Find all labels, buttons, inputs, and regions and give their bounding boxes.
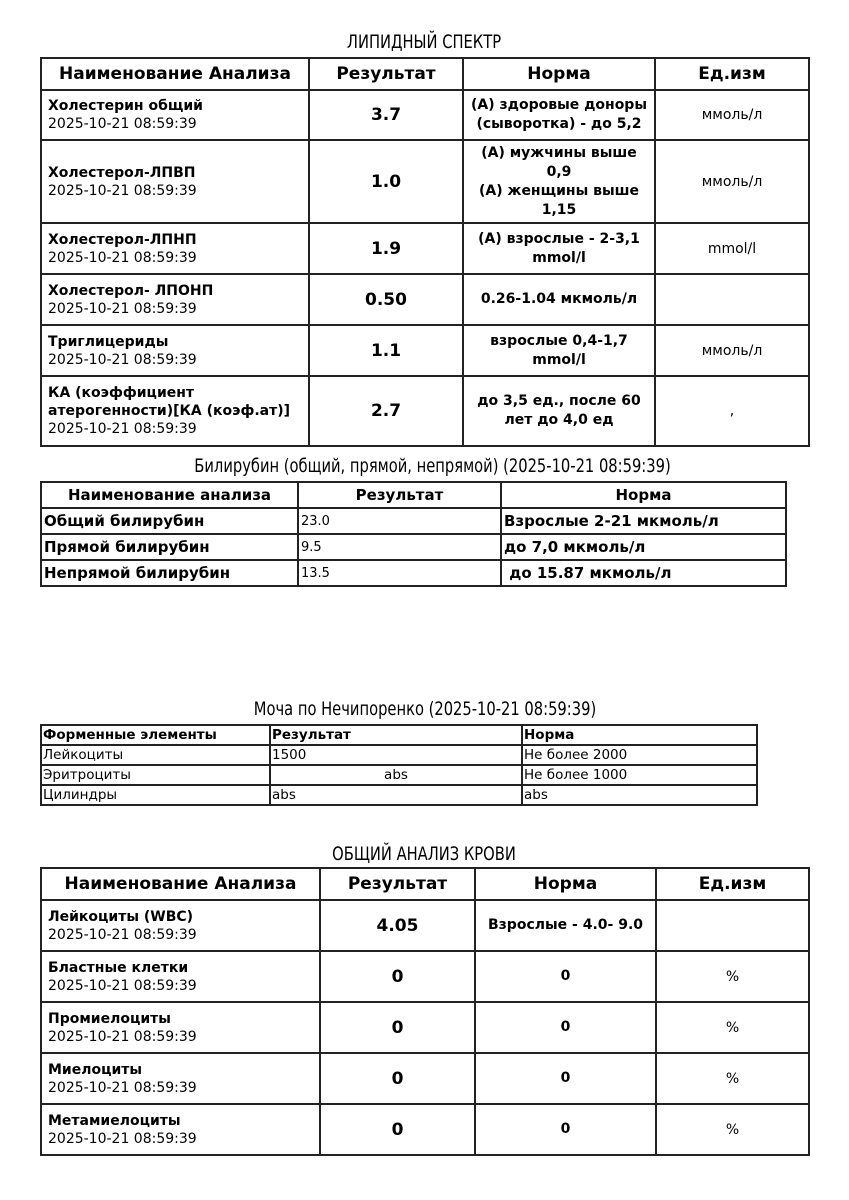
test-norm: (А) взрослые - 2-3,1mmol/l [463,223,655,274]
test-name: Лейкоциты [41,745,270,765]
header-result: Результат [309,58,463,90]
test-norm: до 3,5 ед., после 60лет до 4,0 ед [463,376,655,446]
table-row: Бластные клетки2025-10-21 08:59:39 0 0 % [41,951,809,1002]
test-timestamp: 2025-10-21 08:59:39 [48,300,308,318]
test-name: Прямой билирубин [41,534,298,560]
table-row: Прямой билирубин 9.5 до 7,0 мкмоль/л [41,534,786,560]
test-timestamp: 2025-10-21 08:59:39 [48,1079,319,1097]
test-name: Холестерол-ЛПВП [48,164,308,182]
header-result: Результат [298,482,501,508]
table-row: Холестерол-ЛПНП2025-10-21 08:59:39 1.9 (… [41,223,809,274]
table-row: Лейкоциты 1500 Не более 2000 [41,745,757,765]
test-norm: Взрослые - 4.0- 9.0 [475,900,656,951]
header-norm: Норма [475,868,656,900]
header-name: Наименование Анализа [41,58,309,90]
test-norm: 0.26-1.04 мкмоль/л [463,274,655,325]
test-name: Бластные клетки [48,959,319,977]
test-result: 0 [320,1002,475,1053]
lipid-section-title: ЛИПИДНЫЙ СПЕКТР [94,31,754,53]
test-norm: 0 [475,1002,656,1053]
test-timestamp: 2025-10-21 08:59:39 [48,351,308,369]
table-row: Цилиндры abs abs [41,785,757,805]
test-name: Холестерин общий [48,97,308,115]
test-timestamp: 2025-10-21 08:59:39 [48,249,308,267]
test-result: 1.1 [309,325,463,376]
table-row: Триглицериды2025-10-21 08:59:39 1.1 взро… [41,325,809,376]
header-norm: Норма [463,58,655,90]
table-row: Лейкоциты (WBC)2025-10-21 08:59:39 4.05 … [41,900,809,951]
test-name: Общий билирубин [41,508,298,534]
test-unit: ммоль/л [655,325,809,376]
test-norm: (А) мужчины выше0,9(А) женщины выше1,15 [463,140,655,223]
lipid-table-header: Наименование Анализа Результат Норма Ед.… [41,58,809,90]
urine-table-header: Форменные элементы Результат Норма [41,725,757,745]
table-row: Эритроциты abs Не более 1000 [41,765,757,785]
cbc-table: Наименование Анализа Результат Норма Ед.… [40,867,810,1156]
test-norm: Взрослые 2-21 мкмоль/л [501,508,786,534]
test-name: КА (коэффициентатерогенности)[КА (коэф.а… [48,384,308,420]
test-result: 1500 [270,745,522,765]
bilirubin-table-header: Наименование анализа Результат Норма [41,482,786,508]
test-result: 0 [320,1053,475,1104]
test-result: 1.0 [309,140,463,223]
test-name: Эритроциты [41,765,270,785]
test-unit [656,900,809,951]
test-norm: Не более 2000 [522,745,757,765]
test-unit: mmol/l [655,223,809,274]
test-result: 9.5 [298,534,501,560]
test-norm: до 7,0 мкмоль/л [501,534,786,560]
test-norm: (А) здоровые доноры(сыворотка) - до 5,2 [463,90,655,140]
test-name: Промиелоциты [48,1010,319,1028]
header-norm: Норма [522,725,757,745]
test-norm: abs [522,785,757,805]
test-name: Холестерол-ЛПНП [48,231,308,249]
table-row: Общий билирубин 23.0 Взрослые 2-21 мкмол… [41,508,786,534]
test-result: 0 [320,951,475,1002]
test-result: abs [270,765,522,785]
test-unit: % [656,1002,809,1053]
test-name: Лейкоциты (WBC) [48,908,319,926]
header-name: Наименование Анализа [41,868,320,900]
test-unit: ммоль/л [655,90,809,140]
table-row: Холестерол- ЛПОНП2025-10-21 08:59:39 0.5… [41,274,809,325]
table-row: Холестерин общий2025-10-21 08:59:39 3.7 … [41,90,809,140]
test-result: 4.05 [320,900,475,951]
test-norm: 0 [475,951,656,1002]
test-result: 1.9 [309,223,463,274]
header-unit: Ед.изм [655,58,809,90]
test-norm: Не более 1000 [522,765,757,785]
lipid-table: Наименование Анализа Результат Норма Ед.… [40,57,810,447]
urine-table: Форменные элементы Результат Норма Лейко… [40,724,758,806]
test-timestamp: 2025-10-21 08:59:39 [48,1130,319,1148]
test-result: 0.50 [309,274,463,325]
test-name: Цилиндры [41,785,270,805]
test-unit: % [656,1053,809,1104]
test-result: 13.5 [298,560,501,586]
header-unit: Ед.изм [656,868,809,900]
header-result: Результат [320,868,475,900]
test-name: Непрямой билирубин [41,560,298,586]
header-norm: Норма [501,482,786,508]
test-norm: до 15.87 мкмоль/л [501,560,786,586]
bilirubin-table: Наименование анализа Результат Норма Общ… [40,481,787,587]
header-result: Результат [270,725,522,745]
test-unit: ммоль/л [655,140,809,223]
test-norm: 0 [475,1104,656,1155]
cbc-table-header: Наименование Анализа Результат Норма Ед.… [41,868,809,900]
test-unit: % [656,951,809,1002]
test-name: Метамиелоциты [48,1112,319,1130]
test-timestamp: 2025-10-21 08:59:39 [48,977,319,995]
table-row: Миелоциты2025-10-21 08:59:39 0 0 % [41,1053,809,1104]
table-row: КА (коэффициентатерогенности)[КА (коэф.а… [41,376,809,446]
table-row: Метамиелоциты2025-10-21 08:59:39 0 0 % [41,1104,809,1155]
header-name: Наименование анализа [41,482,298,508]
test-timestamp: 2025-10-21 08:59:39 [48,1028,319,1046]
test-unit [655,274,809,325]
test-name: Триглицериды [48,333,308,351]
test-result: 0 [320,1104,475,1155]
table-row: Непрямой билирубин 13.5 до 15.87 мкмоль/… [41,560,786,586]
test-result: 2.7 [309,376,463,446]
test-unit: , [655,376,809,446]
test-norm: взрослые 0,4-1,7mmol/l [463,325,655,376]
table-row: Промиелоциты2025-10-21 08:59:39 0 0 % [41,1002,809,1053]
test-timestamp: 2025-10-21 08:59:39 [48,926,319,944]
test-result: abs [270,785,522,805]
cbc-section-title: ОБЩИЙ АНАЛИЗ КРОВИ [94,843,754,865]
bilirubin-section-title: Билирубин (общий, прямой, непрямой) (202… [95,455,770,477]
test-result: 3.7 [309,90,463,140]
test-norm: 0 [475,1053,656,1104]
test-timestamp: 2025-10-21 08:59:39 [48,115,308,133]
test-result: 23.0 [298,508,501,534]
test-name: Холестерол- ЛПОНП [48,282,308,300]
test-name: Миелоциты [48,1061,319,1079]
table-row: Холестерол-ЛПВП2025-10-21 08:59:39 1.0 (… [41,140,809,223]
urine-section-title: Моча по Нечипоренко (2025-10-21 08:59:39… [94,698,756,720]
test-unit: % [656,1104,809,1155]
test-timestamp: 2025-10-21 08:59:39 [48,182,308,200]
header-name: Форменные элементы [41,725,270,745]
test-timestamp: 2025-10-21 08:59:39 [48,420,308,438]
